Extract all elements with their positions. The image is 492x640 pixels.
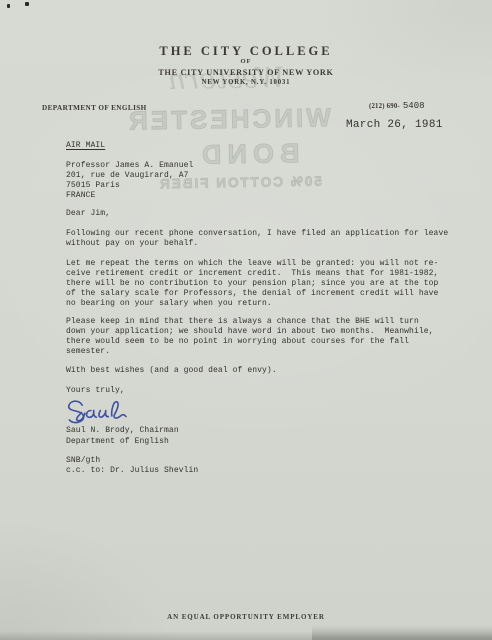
letter-page: Western WINCHESTER BOND 50% COTTON FIBER…: [0, 0, 492, 640]
university-address: NEW YORK, N.Y. 10031: [0, 79, 492, 86]
recipient-address: Professor James A. Emanuel 201, rue de V…: [66, 161, 193, 201]
date-line: March 26, 1981: [346, 119, 443, 131]
cc-line: c.c. to: Dr. Julius Shevlin: [66, 466, 198, 476]
salutation: Dear Jim,: [66, 209, 110, 219]
watermark-brand-line: WINCHESTER: [126, 102, 331, 137]
airmail-label: AIR MAIL: [66, 141, 105, 151]
body-paragraph: Let me repeat the terms on which the lea…: [66, 259, 438, 309]
scan-speck: [25, 2, 29, 6]
signature-scribble: [64, 394, 128, 427]
college-of-label: OF: [0, 58, 492, 65]
watermark-bond-line: BOND: [196, 138, 300, 171]
body-paragraph: Please keep in mind that there is always…: [66, 317, 434, 357]
signer-name: Saul N. Brody, Chairman: [66, 426, 179, 436]
footer-line: AN EQUAL OPPORTUNITY EMPLOYER: [0, 613, 492, 621]
department-label: DEPARTMENT OF ENGLISH: [42, 104, 147, 112]
scan-edge-shadow: [312, 625, 492, 640]
scan-speck: [7, 4, 10, 8]
typist-reference: SNB/gth: [66, 456, 100, 466]
phone-number: (212) 690- 5408: [369, 101, 425, 111]
body-paragraph: With best wishes (and a good deal of env…: [66, 366, 277, 376]
signer-department: Department of English: [66, 437, 169, 447]
phone-typed-extension: 5408: [403, 101, 425, 111]
phone-printed-prefix: (212) 690-: [369, 103, 400, 110]
university-name: THE CITY UNIVERSITY OF NEW YORK: [0, 68, 492, 77]
body-paragraph: Following our recent phone conversation,…: [66, 229, 448, 249]
college-name: THE CITY COLLEGE: [0, 44, 492, 59]
